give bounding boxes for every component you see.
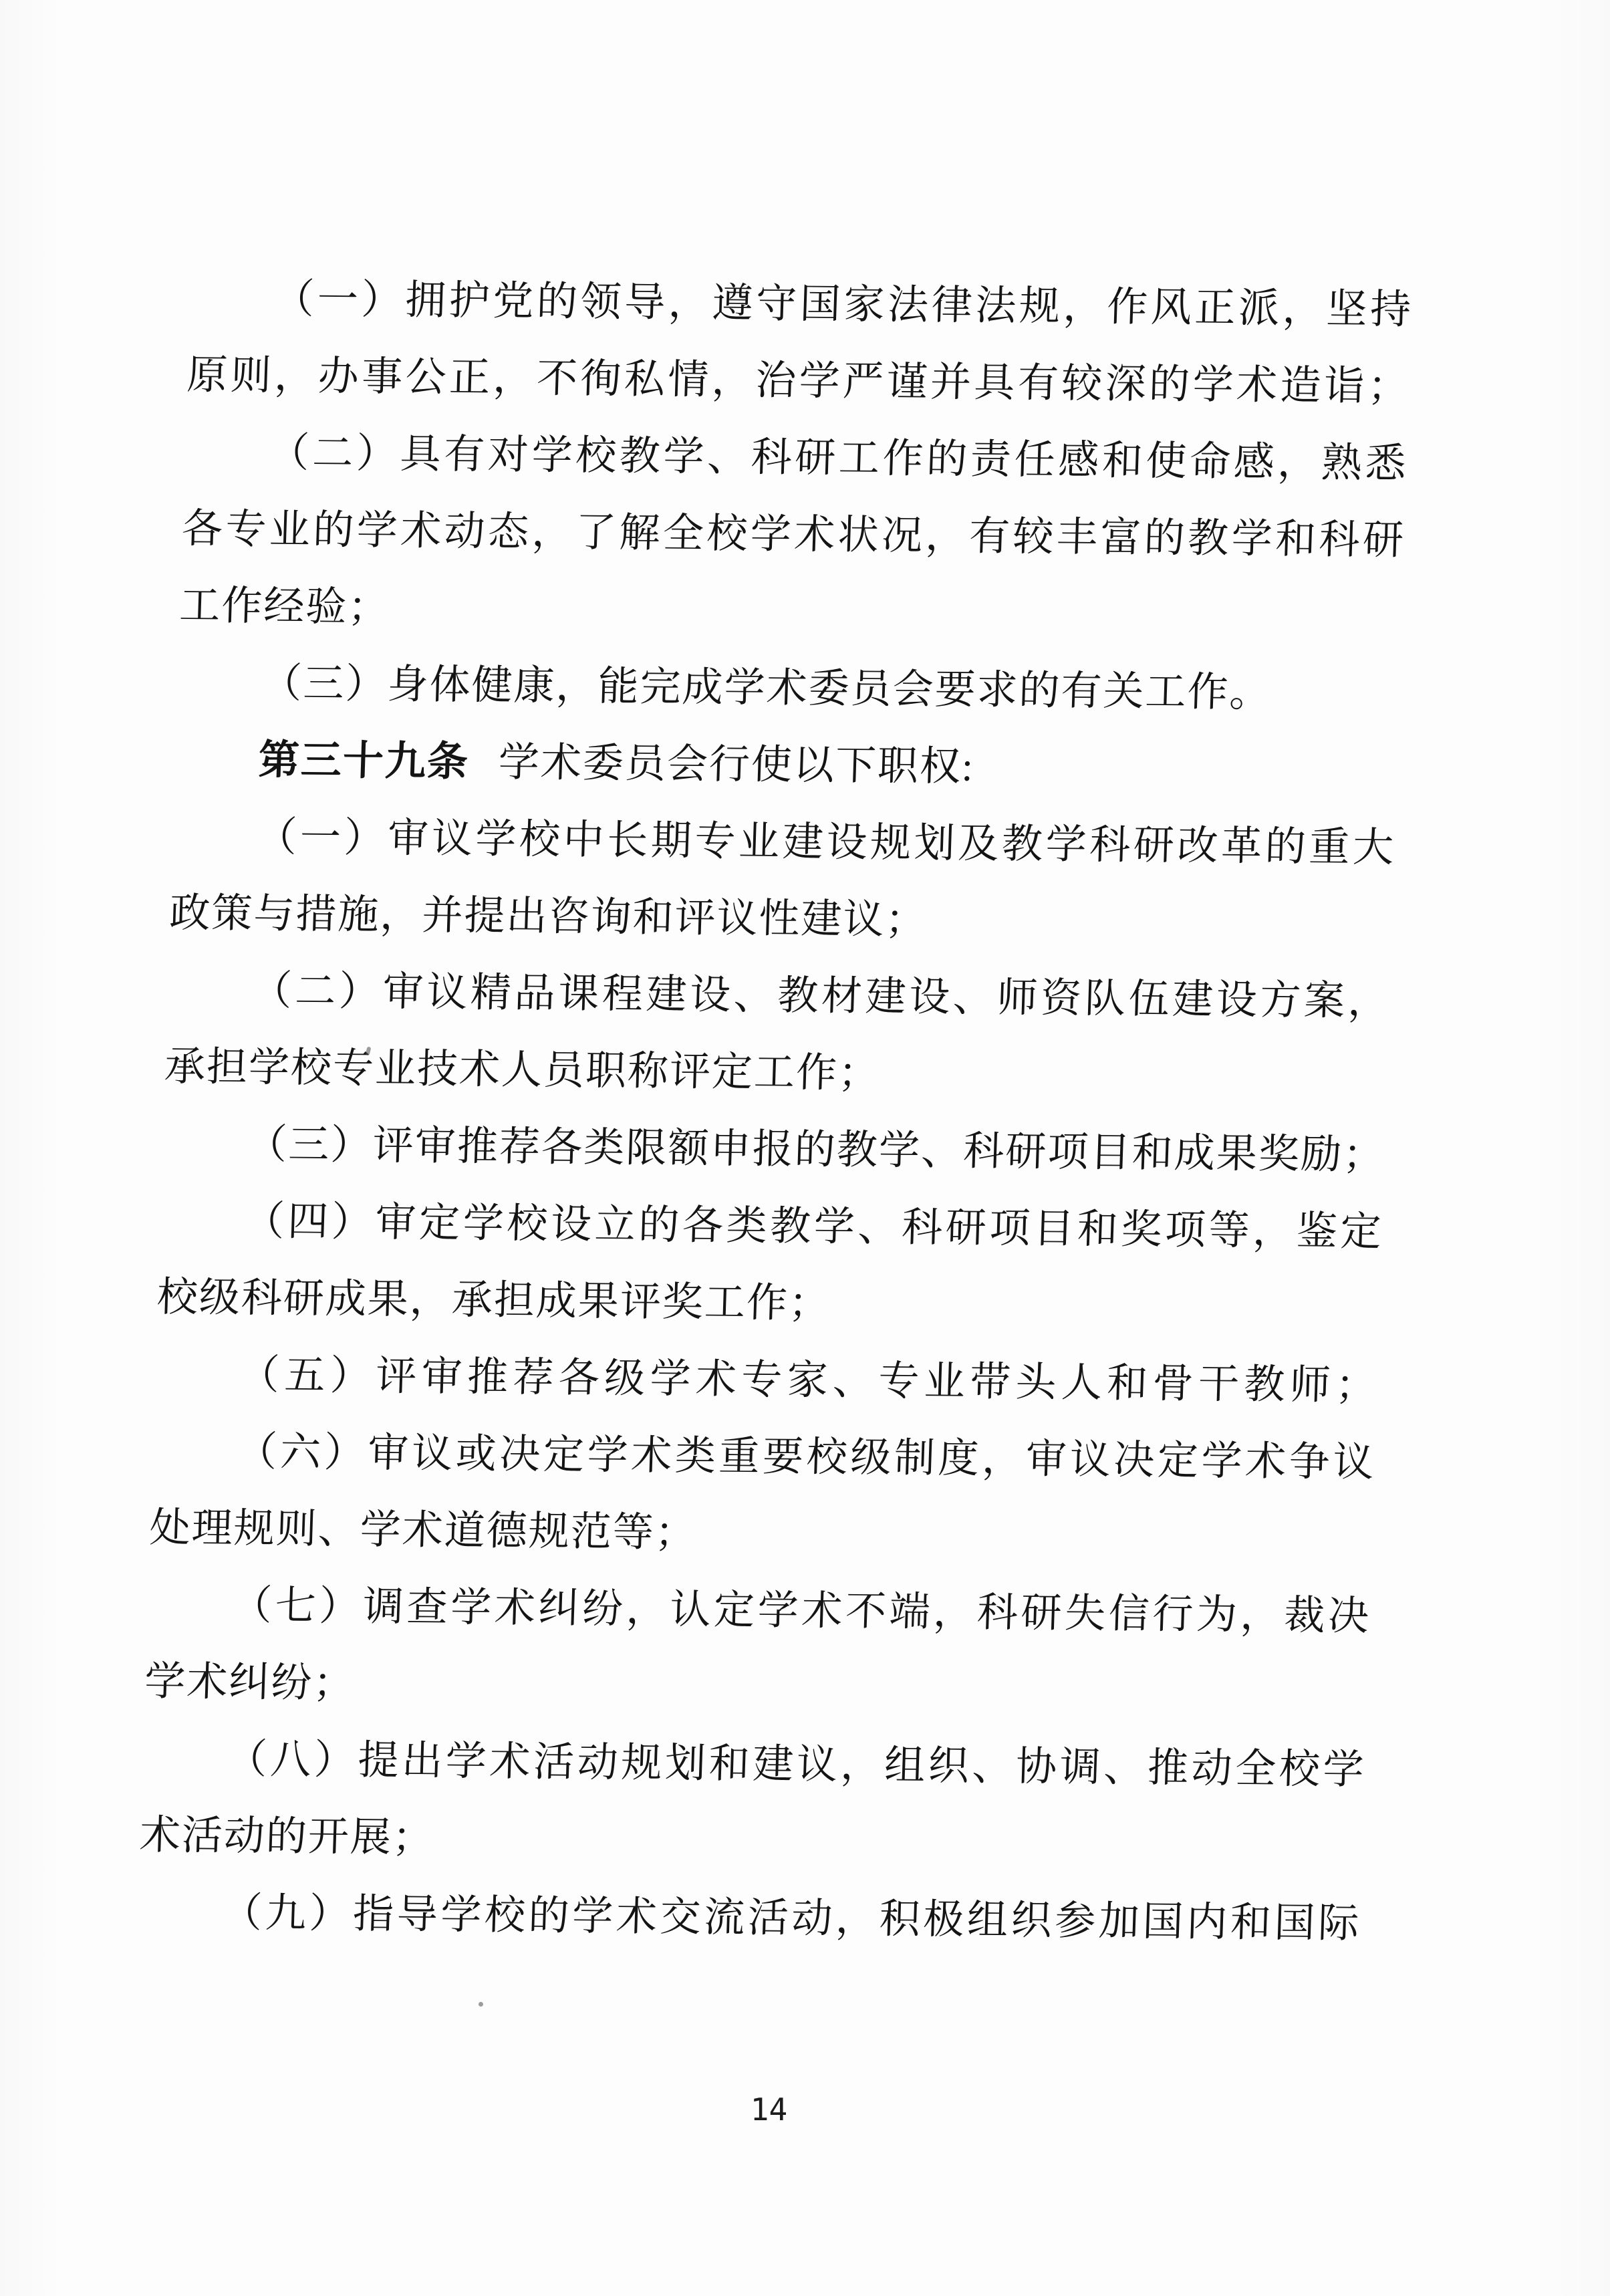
text-line: 学术纠纷； (143, 1644, 1369, 1733)
text-line: 原则，办事公正，不徇私情，治学严谨并具有较深的学术造诣； (186, 337, 1412, 426)
text-line: 各专业的学术动态，了解全校学术状况，有较丰富的教学和科研 (180, 491, 1406, 580)
text-line: 政策与措施，并提出咨询和评议性建议； (168, 875, 1394, 964)
text-line: 工作经验； (178, 567, 1403, 656)
text-line: 校级科研成果，承担成果评奖工作； (156, 1259, 1381, 1348)
text-line: （二）审议精品课程建设、教材建设、师资队伍建设方案， (166, 952, 1391, 1041)
text-line: 处理规则、学术道德规范等； (148, 1490, 1374, 1579)
text-line: （三）评审推荐各类限额申报的教学、科研项目和成果奖励； (160, 1106, 1386, 1194)
page-number: 14 (0, 2089, 1538, 2130)
text-line: （六）审议或决定学术类重要校级制度，审议决定学术争议 (151, 1413, 1377, 1502)
article-heading-text: 学术委员会行使以下职权: (498, 741, 975, 790)
text-line: （一）拥护党的领导，遵守国家法律法规，作风正派，坚持 (188, 260, 1414, 349)
text-line: （四）审定学校设立的各类教学、科研项目和奖项等，鉴定 (158, 1182, 1384, 1271)
article-number-heading: 第三十九条 (258, 738, 470, 785)
text-line: 术活动的开展； (138, 1797, 1364, 1886)
scan-speck-icon (479, 2002, 483, 2007)
text-line: （一）审议学校中长期专业建设规划及教学科研改革的重大 (170, 798, 1396, 887)
text-line: （三）身体健康，能完成学术委员会要求的有关工作。 (176, 644, 1401, 733)
document-page: （一）拥护党的领导，遵守国家法律法规，作风正派，坚持原则，办事公正，不徇私情，治… (0, 0, 1610, 2296)
text-line: （八）提出学术活动规划和建议，组织、协调、推动全校学 (141, 1720, 1367, 1809)
text-line: 第三十九条学术委员会行使以下职权: (173, 721, 1399, 810)
text-line: （二）具有对学校教学、科研工作的责任感和使命感，熟悉 (183, 414, 1409, 503)
text-line: （七）调查学术纠纷，认定学术不端，科研失信行为，裁决 (146, 1567, 1371, 1656)
text-line: （九）指导学校的学术交流活动，积极组织参加国内和国际 (136, 1874, 1361, 1963)
text-line: 承担学校专业技术人员职称评定工作； (163, 1029, 1389, 1118)
document-body: （一）拥护党的领导，遵守国家法律法规，作风正派，坚持原则，办事公正，不徇私情，治… (136, 260, 1414, 1962)
text-line: （五）评审推荐各级学术专家、专业带头人和骨干教师； (153, 1336, 1379, 1425)
